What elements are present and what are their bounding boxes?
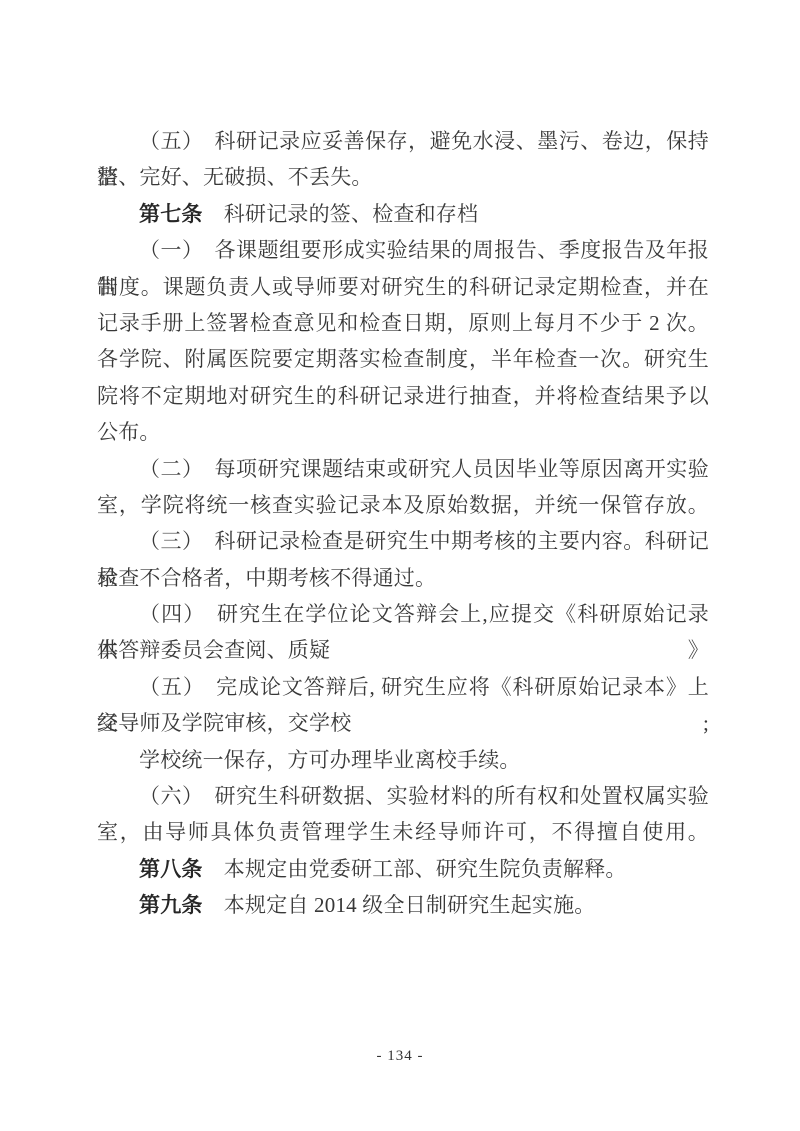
line-text: 经导师及学院审核，交学校: [97, 711, 351, 735]
page-number: - 134 -: [377, 1048, 424, 1064]
line-text: 供答辩委员会查阅、质疑: [97, 638, 330, 662]
line-text: 院将不定期地对研究生的科研记录进行抽查，并将检查结果予以: [97, 384, 709, 408]
paragraph-line: （三） 科研记录检查是研究生中期考核的主要内容。科研记录: [97, 523, 709, 559]
article-number: 第八条: [139, 857, 203, 881]
paragraph-line: 室，学院将统一核查实验记录本及原始数据，并统一保管存放。: [97, 487, 709, 523]
paragraph-line: 学校统一保存，方可办理毕业离校手续。: [97, 742, 709, 778]
line-text: 本规定自 2014 级全日制研究生起实施。: [203, 893, 596, 917]
paragraph-line: （五） 科研记录应妥善保存，避免水浸、墨污、卷边，保持整: [97, 123, 709, 159]
paragraph-line: 各学院、附属医院要定期落实检查制度，半年检查一次。研究生: [97, 341, 709, 377]
document-body: （五） 科研记录应妥善保存，避免水浸、墨污、卷边，保持整 洁、完好、无破损、不丢…: [97, 123, 709, 924]
line-text: 各学院、附属医院要定期落实检查制度，半年检查一次。研究生: [97, 347, 709, 371]
paragraph-line: 检查不合格者，中期考核不得通过。: [97, 560, 709, 596]
line-text: 室，学院将统一核查实验记录本及原始数据，并统一保管存放。: [97, 493, 709, 517]
line-text: 室，由导师具体负责管理学生未经导师许可，不得擅自使用。: [97, 820, 709, 844]
article-number: 第九条: [139, 893, 203, 917]
paragraph-line: （六） 研究生科研数据、实验材料的所有权和处置权属实验: [97, 778, 709, 814]
paragraph-line: （五） 完成论文答辩后, 研究生应将《科研原始记录本》上交;: [97, 669, 709, 705]
line-text: （二） 每项研究课题结束或研究人员因毕业等原因离开实验: [139, 457, 709, 481]
line-text: 记录手册上签署检查意见和检查日期，原则上每月不少于 2 次。: [97, 311, 709, 335]
line-text: 检查不合格者，中期考核不得通过。: [97, 566, 436, 590]
paragraph-line: （四） 研究生在学位论文答辩会上,应提交《科研原始记录本》: [97, 596, 709, 632]
document-page: （五） 科研记录应妥善保存，避免水浸、墨污、卷边，保持整 洁、完好、无破损、不丢…: [0, 0, 800, 1131]
line-text: 学校统一保存，方可办理毕业离校手续。: [139, 748, 521, 772]
paragraph-line: 院将不定期地对研究生的科研记录进行抽查，并将检查结果予以: [97, 378, 709, 414]
paragraph-line: 洁、完好、无破损、不丢失。: [97, 159, 709, 195]
paragraph-line: 制度。课题负责人或导师要对研究生的科研记录定期检查，并在: [97, 269, 709, 305]
article-number: 第七条: [139, 202, 203, 226]
line-text: 制度。课题负责人或导师要对研究生的科研记录定期检查，并在: [97, 275, 709, 299]
paragraph-line: （二） 每项研究课题结束或研究人员因毕业等原因离开实验: [97, 451, 709, 487]
paragraph-line: （一） 各课题组要形成实验结果的周报告、季度报告及年报告: [97, 232, 709, 268]
line-text: 本规定由党委研工部、研究生院负责解释。: [203, 857, 627, 881]
page-footer: - 134 -: [0, 1046, 800, 1066]
paragraph-line: 公布。: [97, 414, 709, 450]
article-heading-line: 第八条 本规定由党委研工部、研究生院负责解释。: [97, 851, 709, 887]
article-heading-line: 第七条 科研记录的签、检查和存档: [97, 196, 709, 232]
paragraph-line: 记录手册上签署检查意见和检查日期，原则上每月不少于 2 次。: [97, 305, 709, 341]
line-text: 公布。: [97, 420, 161, 444]
line-text: （六） 研究生科研数据、实验材料的所有权和处置权属实验: [139, 784, 709, 808]
line-text: 洁、完好、无破损、不丢失。: [97, 165, 373, 189]
paragraph-line: 室，由导师具体负责管理学生未经导师许可，不得擅自使用。: [97, 814, 709, 850]
line-text: 科研记录的签、检查和存档: [203, 202, 479, 226]
article-heading-line: 第九条 本规定自 2014 级全日制研究生起实施。: [97, 887, 709, 923]
